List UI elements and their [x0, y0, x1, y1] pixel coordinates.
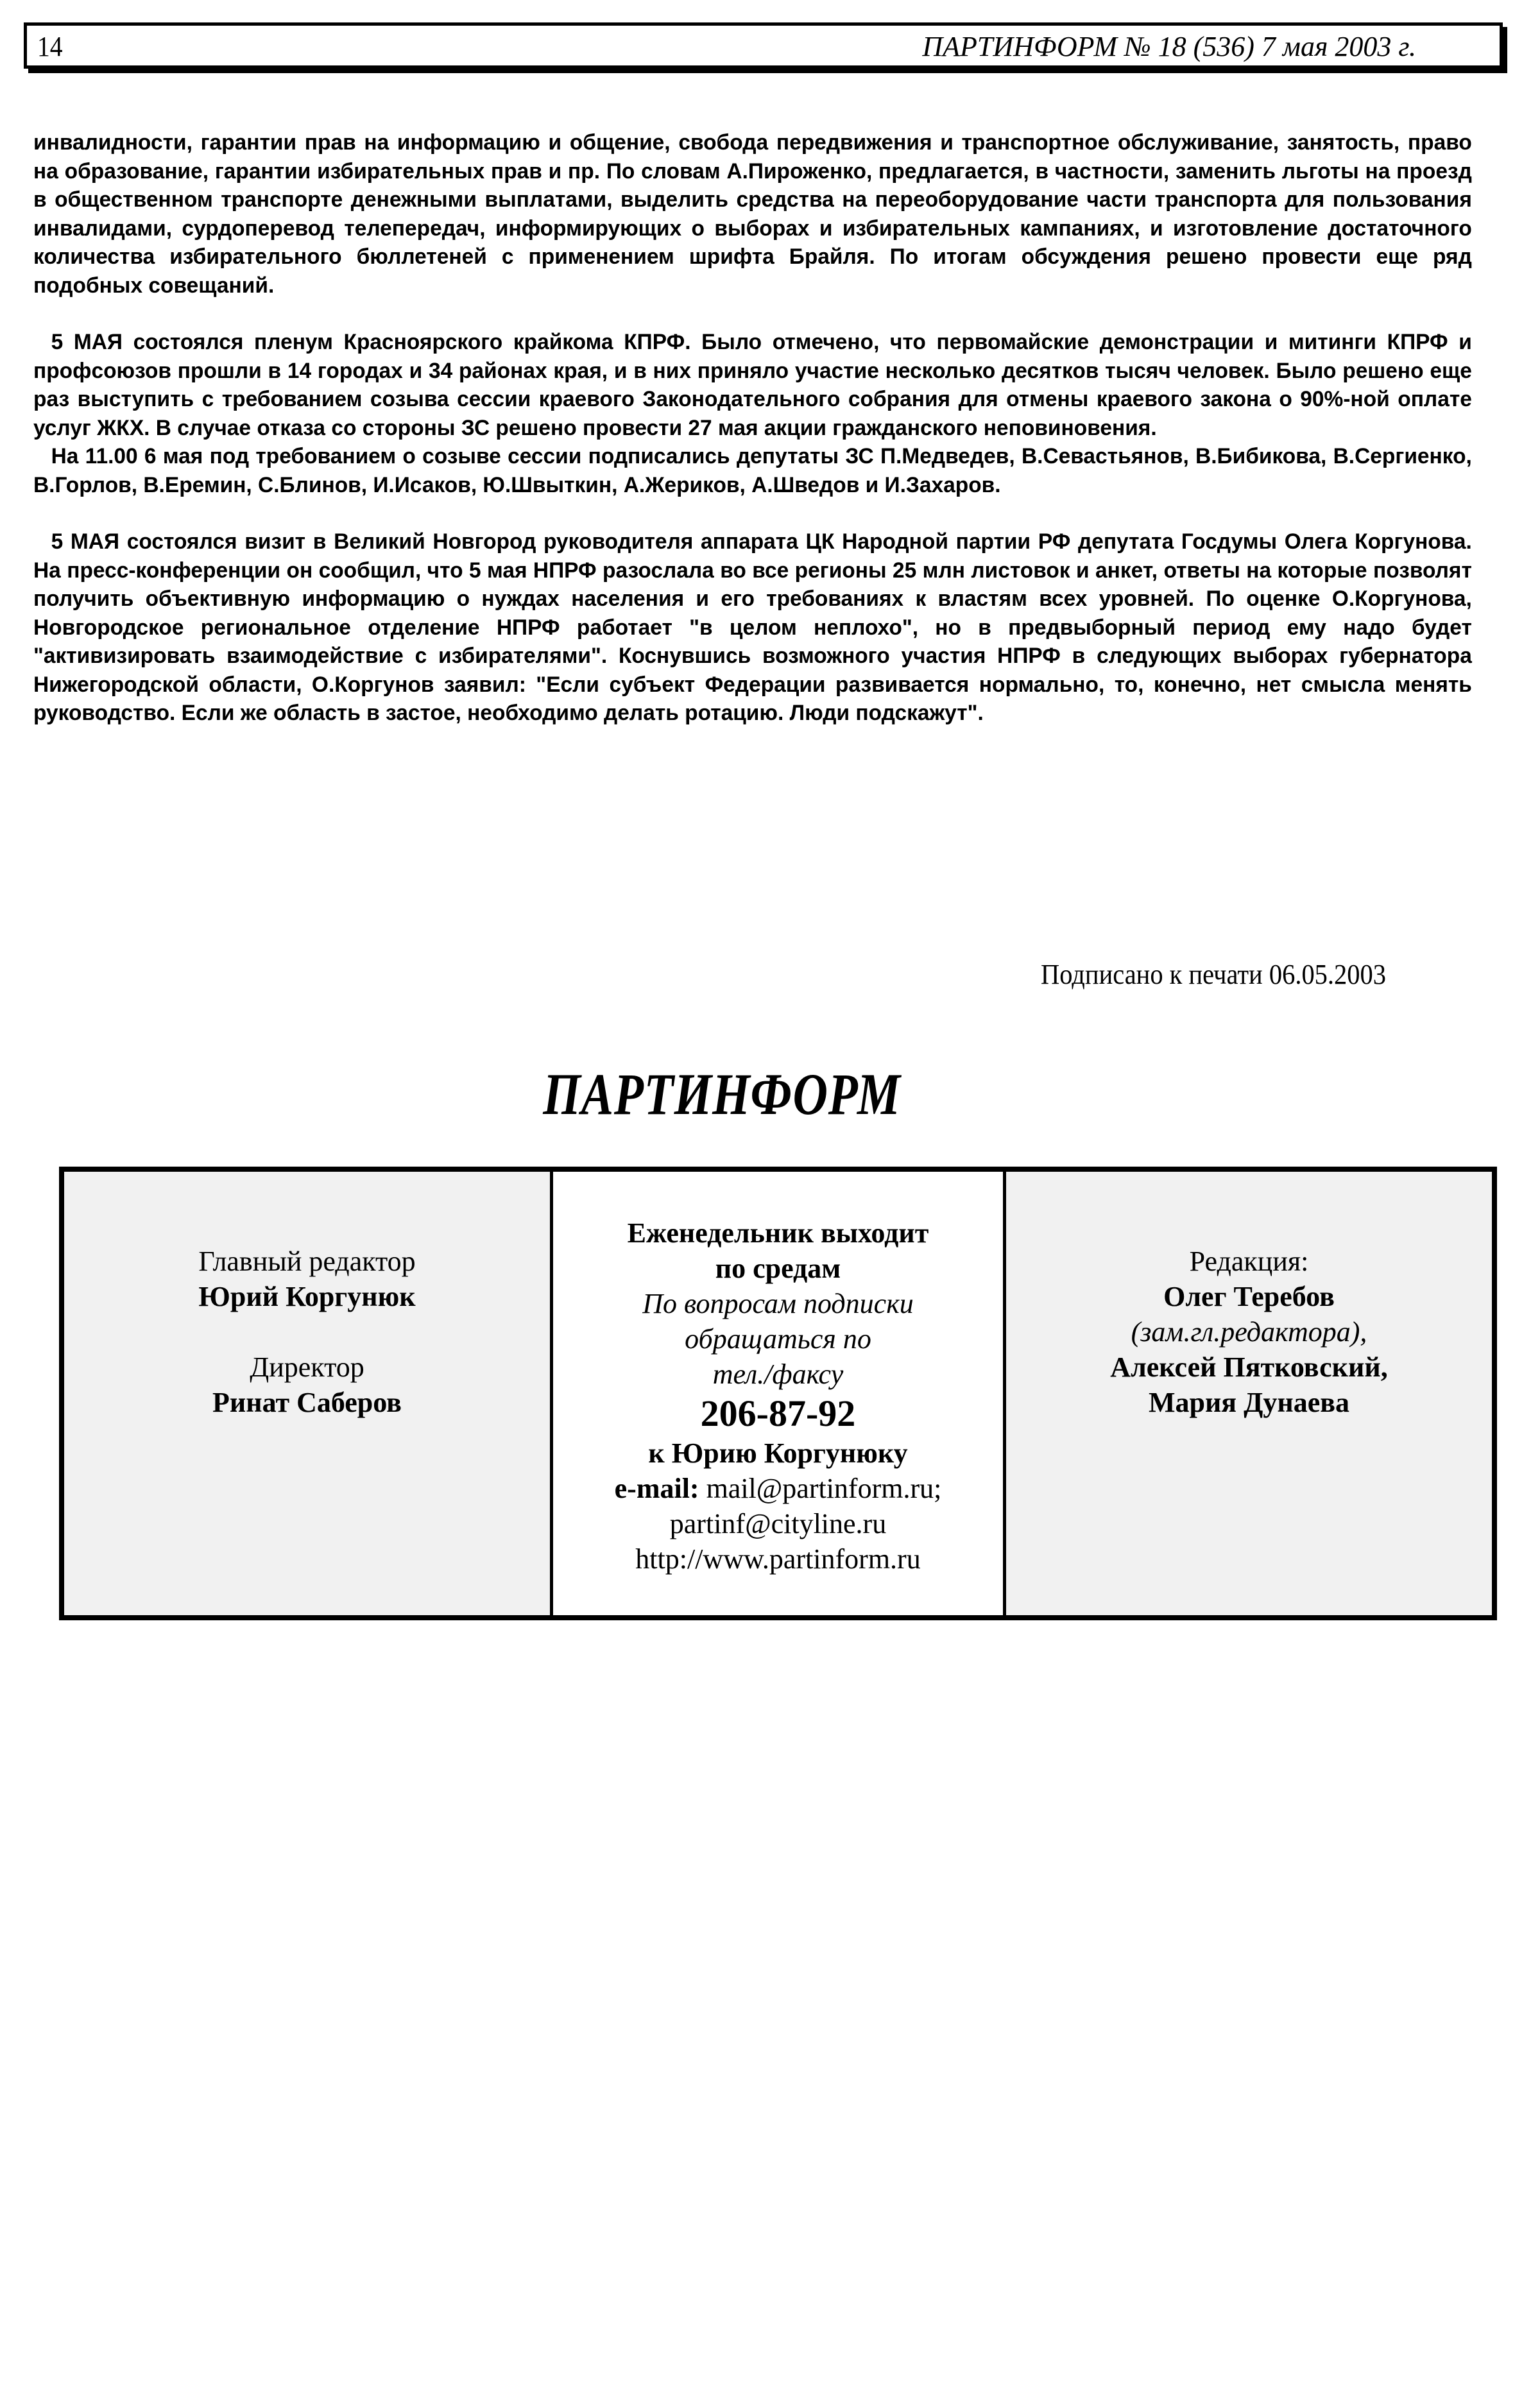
schedule-line-1: Еженедельник выходит: [553, 1215, 1003, 1251]
masthead-cell-editorial: Редакция: Олег Теребов (зам.гл.редактора…: [1006, 1172, 1492, 1615]
editor-role: Главный редактор: [64, 1244, 550, 1279]
director-role: Директор: [64, 1350, 550, 1385]
paragraph-krasnoyarsk-plenum: 5 МАЯ состоялся пленум Красноярского кра…: [33, 328, 1472, 442]
staff-name-1: Олег Теребов: [1006, 1279, 1492, 1314]
masthead-title-text: ПАРТИНФОРМ: [543, 1062, 901, 1126]
article-body: инвалидности, гарантии прав на информаци…: [33, 128, 1472, 728]
page-number: 14: [37, 31, 63, 63]
subscription-line-1: По вопросам подписки: [553, 1286, 1003, 1321]
subscription-line-2: обращаться по: [553, 1321, 1003, 1357]
email-line: e-mail: mail@partinform.ru;: [553, 1471, 1003, 1506]
editor-name: Юрий Коргунюк: [64, 1279, 550, 1314]
paragraph-disability: инвалидности, гарантии прав на информаци…: [33, 128, 1472, 300]
masthead-cell-contacts: Еженедельник выходит по средам По вопрос…: [553, 1172, 1006, 1615]
schedule-line-2: по средам: [553, 1251, 1003, 1286]
signed-to-print: Подписано к печати 06.05.2003: [1041, 959, 1386, 991]
paragraph-novgorod-visit: 5 МАЯ состоялся визит в Великий Новгород…: [33, 527, 1472, 728]
subscription-line-3: тел./факсу: [553, 1357, 1003, 1392]
masthead-title: ПАРТИНФОРМ: [0, 1062, 1540, 1126]
spacer: [64, 1314, 550, 1350]
masthead-cell-management: Главный редактор Юрий Коргунюк Директор …: [64, 1172, 553, 1615]
phone-number: 206-87-92: [553, 1392, 1003, 1435]
director-name: Ринат Саберов: [64, 1385, 550, 1420]
email-secondary[interactable]: partinf@cityline.ru: [553, 1506, 1003, 1541]
editorial-label: Редакция:: [1006, 1244, 1492, 1279]
staff-name-3: Мария Дунаева: [1006, 1385, 1492, 1420]
email-label: e-mail:: [615, 1473, 699, 1504]
website-link[interactable]: http://www.partinform.ru: [553, 1541, 1003, 1577]
staff-role-1: (зам.гл.редактора),: [1006, 1314, 1492, 1350]
running-header: 14 ПАРТИНФОРМ № 18 (536) 7 мая 2003 г.: [24, 22, 1503, 69]
email-primary[interactable]: mail@partinform.ru;: [706, 1473, 942, 1504]
contact-person: к Юрию Коргунюку: [553, 1435, 1003, 1471]
staff-name-2: Алексей Пятковский,: [1006, 1350, 1492, 1385]
paragraph-deputies-signatures: На 11.00 6 мая под требованием о созыве …: [33, 442, 1472, 499]
issue-line: ПАРТИНФОРМ № 18 (536) 7 мая 2003 г.: [922, 31, 1416, 63]
masthead-table: Главный редактор Юрий Коргунюк Директор …: [59, 1167, 1497, 1620]
